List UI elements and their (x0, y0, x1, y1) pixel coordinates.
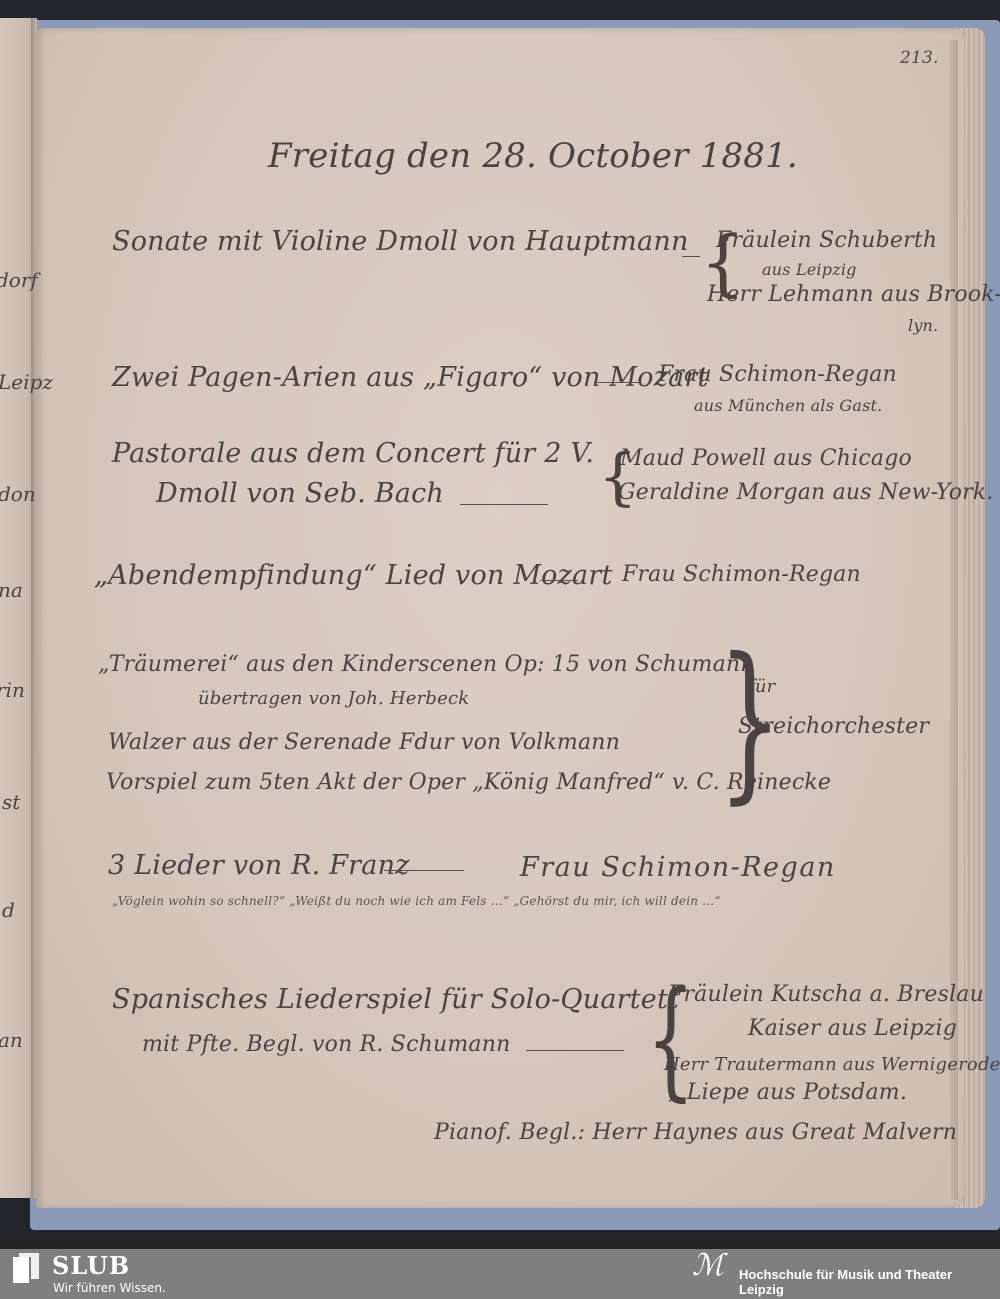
left-page-fragment: don (0, 482, 36, 506)
performer: für (748, 676, 775, 697)
performer-origin: aus Leipzig (762, 260, 857, 279)
performer: „ Liepe aus Potsdam. (668, 1080, 907, 1105)
accompaniment-note: Pianof. Begl.: Herr Haynes aus Great Mal… (434, 1120, 957, 1145)
program-piece: Sonate mit Violine Dmoll von Hauptmann (112, 226, 689, 257)
program-piece: „Träumerei“ aus den Kinderscenen Op: 15 … (98, 652, 755, 677)
performer-origin: lyn. (908, 316, 938, 335)
left-page-fragment: st (2, 790, 20, 814)
left-page-fragment: Leipz (0, 370, 53, 394)
separator-dash (460, 504, 548, 505)
left-page-fragment: d (2, 898, 15, 922)
song-titles: „Vöglein wohin so schnell?“ „Weißt du no… (112, 894, 721, 908)
performer: Fräulein Schuberth (716, 228, 937, 253)
performer: Geraldine Morgan aus New-York. (618, 480, 994, 505)
program-piece: Walzer aus der Serenade Fdur von Volkman… (108, 730, 620, 755)
performer: Frau Schimon-Regan (658, 362, 897, 387)
hmt-logo-icon[interactable]: ℳ (692, 1251, 732, 1295)
left-page-fragment: dorf (0, 268, 38, 292)
performer-origin: aus München als Gast. (694, 396, 882, 415)
program-piece-line2: Dmoll von Seb. Bach (156, 478, 444, 509)
left-page-fragment: rin (0, 678, 25, 702)
performer: Herr Lehmann aus Brook- (707, 282, 1000, 307)
performer: Frau Schimon-Regan (520, 852, 836, 883)
slub-logo-icon[interactable] (13, 1253, 41, 1283)
performer: Fräulein Kutscha a. Breslau (668, 982, 984, 1007)
separator-dash (594, 382, 640, 383)
program-piece-arrangement: übertragen von Joh. Herbeck (198, 688, 469, 709)
library-name[interactable]: SLUB (52, 1251, 130, 1280)
institution-name[interactable]: Hochschule für Musik und Theater Leipzig (739, 1267, 1000, 1297)
program-piece: Spanisches Liederspiel für Solo-Quartett (112, 984, 679, 1015)
performer: Frau Schimon-Regan (622, 562, 861, 587)
separator-dash (682, 256, 700, 257)
program-piece: „Abendempfindung“ Lied von Mozart (94, 560, 613, 591)
footer-divider (0, 1240, 1000, 1249)
left-page-fragment: na (0, 578, 23, 602)
library-tagline: Wir führen Wissen. (53, 1281, 166, 1295)
manuscript-scan: dorf Leipz don na rin st d an 213. Freit… (0, 0, 1000, 1240)
separator-dash (384, 870, 464, 871)
program-piece-line2: mit Pfte. Begl. von R. Schumann (142, 1032, 510, 1057)
performer: Kaiser aus Leipzig (748, 1016, 957, 1041)
program-piece: 3 Lieder von R. Franz (108, 850, 410, 881)
separator-dash (526, 1050, 624, 1051)
performer: Streichorchester (738, 714, 929, 739)
performer: Herr Trautermann aus Wernigerode (664, 1054, 1000, 1075)
page-heading: Freitag den 28. October 1881. (268, 136, 798, 176)
program-piece: Pastorale aus dem Concert für 2 V. (112, 438, 594, 469)
page-number: 213. (900, 48, 939, 68)
program-piece: Zwei Pagen-Arien aus „Figaro“ von Mozart (112, 362, 709, 393)
separator-dash (540, 580, 578, 581)
performer: Maud Powell aus Chicago (620, 446, 912, 471)
left-page-fragment: an (0, 1028, 23, 1052)
